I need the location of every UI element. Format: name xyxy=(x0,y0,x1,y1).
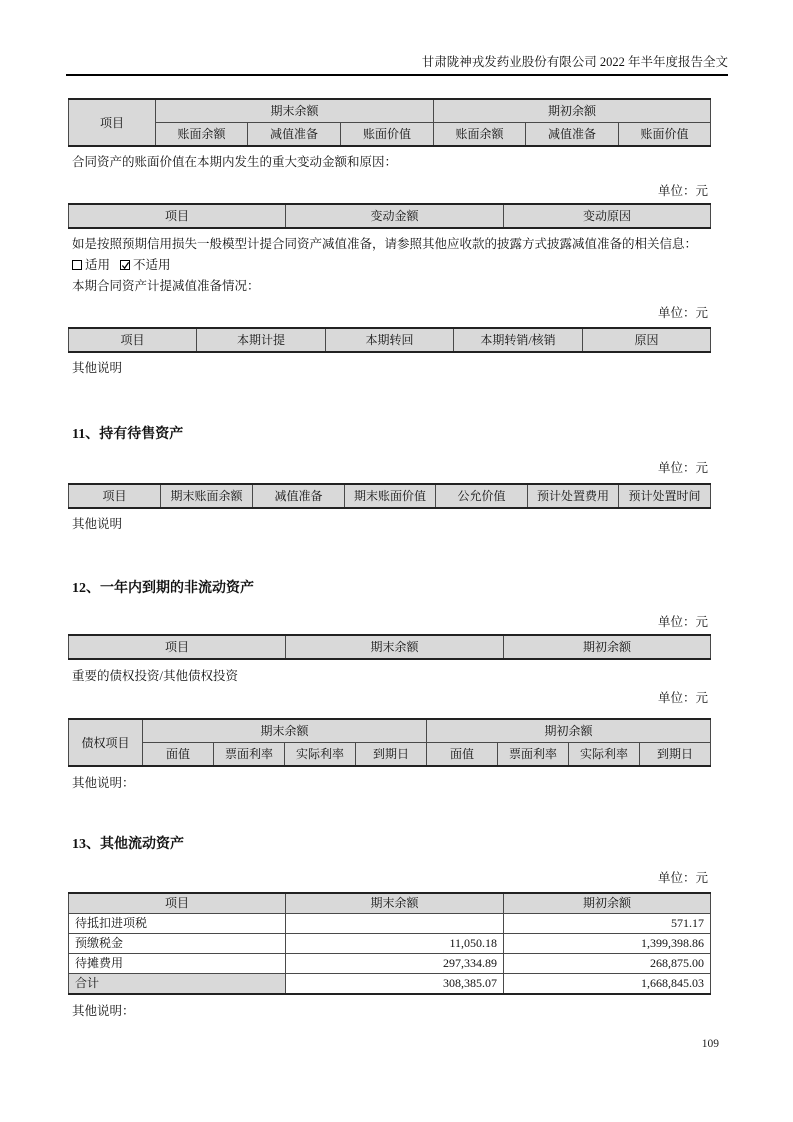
col-effective-rate: 实际利率 xyxy=(569,743,640,767)
section-heading-13: 13、其他流动资产 xyxy=(72,836,710,853)
col-impairment: 减值准备 xyxy=(248,123,341,147)
col-ending-group: 期末余额 xyxy=(143,719,427,743)
col-coupon-rate: 票面利率 xyxy=(498,743,569,767)
other-current-assets-table: 项目 期末余额 期初余额 待抵扣进项税 571.17 预缴税金 11,050.1… xyxy=(68,892,711,995)
col-change-reason: 变动原因 xyxy=(504,204,711,228)
row-ending-value: 297,334.89 xyxy=(286,954,504,974)
table-row: 待摊费用 297,334.89 268,875.00 xyxy=(69,954,711,974)
row-item: 待抵扣进项税 xyxy=(69,914,286,934)
col-reversed: 本期转回 xyxy=(326,328,454,352)
page-number: 109 xyxy=(702,1038,719,1050)
page-content: 项目 期末余额 期初余额 账面余额 减值准备 账面价值 账面余额 减值准备 账面… xyxy=(68,98,710,1019)
col-ending-book-value: 期末账面价值 xyxy=(345,484,436,508)
col-project: 项目 xyxy=(69,204,286,228)
row-beginning-value: 268,875.00 xyxy=(504,954,711,974)
col-book-balance: 账面余额 xyxy=(156,123,248,147)
other-note: 其他说明 xyxy=(72,360,710,376)
row-beginning-value: 571.17 xyxy=(504,914,711,934)
row-ending-value xyxy=(286,914,504,934)
col-impairment: 减值准备 xyxy=(253,484,345,508)
col-beginning-balance: 期初余额 xyxy=(504,635,711,659)
checkbox-checked-icon xyxy=(120,260,130,270)
col-ending-balance: 期末余额 xyxy=(286,893,504,914)
col-beginning-group: 期初余额 xyxy=(427,719,711,743)
unit-label: 单位：元 xyxy=(68,870,708,886)
col-maturity: 到期日 xyxy=(640,743,711,767)
not-applicable-option: 不适用 xyxy=(120,258,171,272)
unit-label: 单位：元 xyxy=(68,183,708,199)
noncurrent-summary-table: 项目 期末余额 期初余额 xyxy=(68,634,711,660)
other-note: 其他说明： xyxy=(72,775,710,791)
col-reason: 原因 xyxy=(583,328,711,352)
unit-label: 单位：元 xyxy=(68,690,708,706)
debt-items-table: 债权项目 期末余额 期初余额 面值 票面利率 实际利率 到期日 面值 票面利率 … xyxy=(68,718,711,767)
report-page: 甘肃陇神戎发药业股份有限公司 2022 年半年度报告全文 项目 期末余额 期初余… xyxy=(0,0,793,1122)
col-project: 项目 xyxy=(69,893,286,914)
table-row: 待抵扣进项税 571.17 xyxy=(69,914,711,934)
row-beginning-value: 1,399,398.86 xyxy=(504,934,711,954)
col-beginning-group: 期初余额 xyxy=(434,99,711,123)
checkbox-unchecked-icon xyxy=(72,260,82,270)
provision-paragraph: 本期合同资产计提减值准备情况： xyxy=(72,278,710,294)
other-note: 其他说明 xyxy=(72,516,710,532)
col-maturity: 到期日 xyxy=(356,743,427,767)
total-ending-value: 308,385.07 xyxy=(286,974,504,995)
col-book-value: 账面价值 xyxy=(341,123,434,147)
col-project: 项目 xyxy=(69,328,197,352)
col-effective-rate: 实际利率 xyxy=(285,743,356,767)
col-beginning-balance: 期初余额 xyxy=(504,893,711,914)
col-debt-item: 债权项目 xyxy=(69,719,143,766)
unit-label: 单位：元 xyxy=(68,614,708,630)
applicable-option: 适用 xyxy=(72,258,110,272)
unit-label: 单位：元 xyxy=(68,460,708,476)
table-row: 预缴税金 11,050.18 1,399,398.86 xyxy=(69,934,711,954)
col-book-balance: 账面余额 xyxy=(434,123,526,147)
col-est-disposal-time: 预计处置时间 xyxy=(619,484,711,508)
col-ending-balance: 期末余额 xyxy=(286,635,504,659)
col-face-value: 面值 xyxy=(143,743,214,767)
row-ending-value: 11,050.18 xyxy=(286,934,504,954)
col-write-off: 本期转销/核销 xyxy=(454,328,583,352)
col-book-value: 账面价值 xyxy=(619,123,711,147)
col-project: 项目 xyxy=(69,635,286,659)
col-project: 项目 xyxy=(69,99,156,146)
contract-assets-balance-table: 项目 期末余额 期初余额 账面余额 减值准备 账面价值 账面余额 减值准备 账面… xyxy=(68,98,711,147)
col-coupon-rate: 票面利率 xyxy=(214,743,285,767)
col-est-disposal-cost: 预计处置费用 xyxy=(528,484,619,508)
col-change-amount: 变动金额 xyxy=(286,204,504,228)
debt-investment-paragraph: 重要的债权投资/其他债权投资 xyxy=(72,668,710,684)
col-fair-value: 公允价值 xyxy=(436,484,528,508)
total-beginning-value: 1,668,845.03 xyxy=(504,974,711,995)
report-title: 甘肃陇神戎发药业股份有限公司 2022 年半年度报告全文 xyxy=(422,55,728,69)
total-row: 合计 308,385.07 1,668,845.03 xyxy=(69,974,711,995)
col-impairment: 减值准备 xyxy=(526,123,619,147)
contract-provision-table: 项目 本期计提 本期转回 本期转销/核销 原因 xyxy=(68,327,711,353)
row-item: 待摊费用 xyxy=(69,954,286,974)
col-ending-book-balance: 期末账面余额 xyxy=(161,484,253,508)
unit-label: 单位：元 xyxy=(68,305,708,321)
col-ending-group: 期末余额 xyxy=(156,99,434,123)
col-project: 项目 xyxy=(69,484,161,508)
section-heading-12: 12、一年内到期的非流动资产 xyxy=(72,580,710,597)
page-header: 甘肃陇神戎发药业股份有限公司 2022 年半年度报告全文 xyxy=(66,0,728,76)
ecl-paragraph: 如是按照预期信用损失一般模型计提合同资产减值准备，请参照其他应收款的披露方式披露… xyxy=(72,236,710,252)
applicability-row: 适用不适用 xyxy=(72,257,710,273)
applicable-label: 适用 xyxy=(85,258,110,272)
total-label: 合计 xyxy=(69,974,286,995)
not-applicable-label: 不适用 xyxy=(133,258,171,272)
row-item: 预缴税金 xyxy=(69,934,286,954)
section-heading-11: 11、持有待售资产 xyxy=(72,426,710,443)
other-note: 其他说明： xyxy=(72,1003,710,1019)
col-accrued: 本期计提 xyxy=(197,328,326,352)
contract-change-paragraph: 合同资产的账面价值在本期内发生的重大变动金额和原因： xyxy=(72,154,710,170)
contract-change-table: 项目 变动金额 变动原因 xyxy=(68,203,711,229)
col-face-value: 面值 xyxy=(427,743,498,767)
held-for-sale-table: 项目 期末账面余额 减值准备 期末账面价值 公允价值 预计处置费用 预计处置时间 xyxy=(68,483,711,509)
